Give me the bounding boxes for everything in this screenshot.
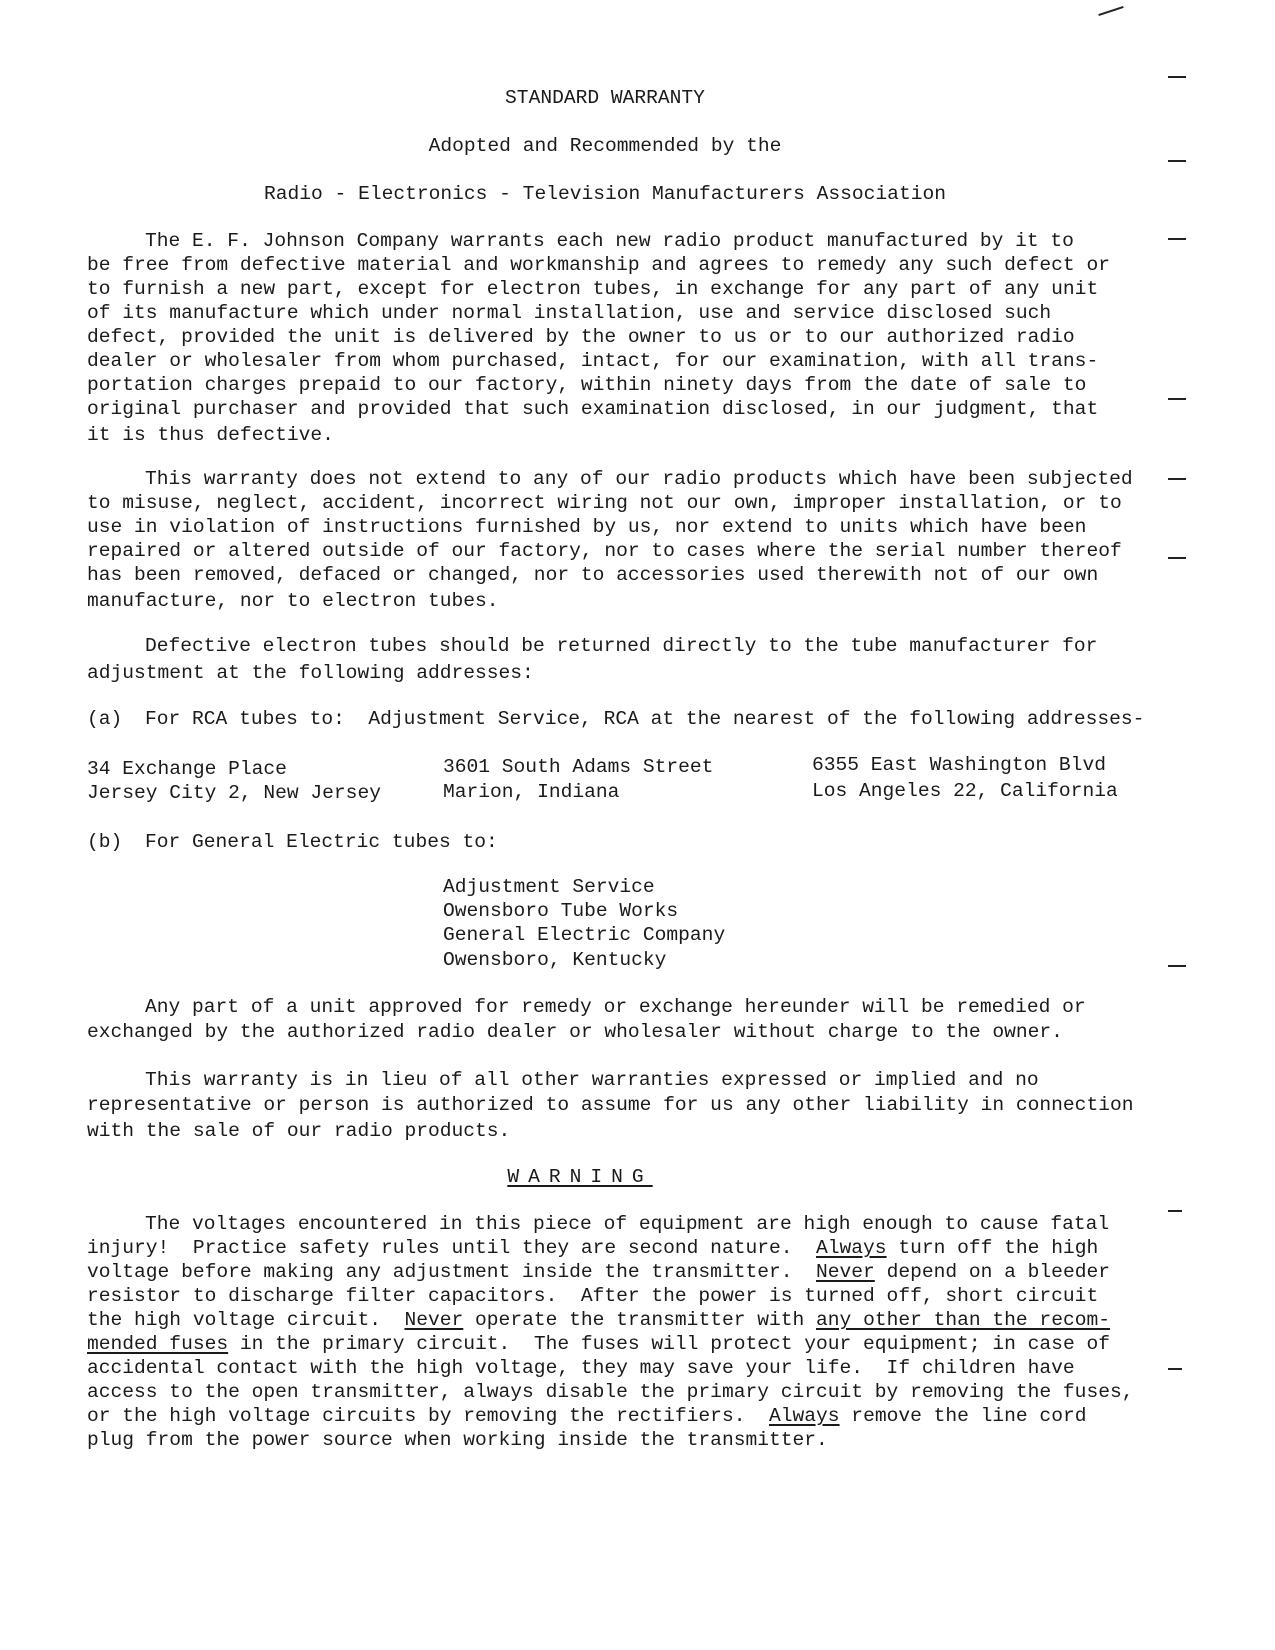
margin-mark — [1168, 160, 1186, 162]
paragraph-line: adjustment at the following addresses: — [87, 661, 534, 685]
ge-address-line: Adjustment Service — [443, 875, 655, 899]
document-subtitle: Adopted and Recommended by the — [0, 134, 1210, 158]
paragraph-line: defect, provided the unit is delivered b… — [87, 325, 1075, 349]
ge-address-line: Owensboro Tube Works — [443, 899, 678, 923]
warning-title: WARNING — [0, 1165, 1160, 1189]
emphasis-underline: Never — [816, 1261, 875, 1283]
document-title: STANDARD WARRANTY — [0, 86, 1210, 110]
rca-label: (a) — [87, 707, 122, 731]
paragraph-line: use in violation of instructions furnish… — [87, 515, 1086, 539]
rca-address-3-line2: Los Angeles 22, California — [812, 779, 1118, 803]
paragraph-line: it is thus defective. — [87, 423, 334, 447]
association-name: Radio - Electronics - Television Manufac… — [0, 182, 1210, 206]
warning-line: plug from the power source when working … — [87, 1428, 828, 1452]
rca-text: For RCA tubes to: Adjustment Service, RC… — [145, 707, 1144, 731]
paragraph-line: of its manufacture which under normal in… — [87, 301, 1051, 325]
margin-mark — [1168, 557, 1186, 559]
warning-line: or the high voltage circuits by removing… — [87, 1404, 1086, 1428]
warning-text: operate the transmitter with — [463, 1309, 816, 1331]
warning-text: the high voltage circuit. — [87, 1309, 404, 1331]
emphasis-underline: Always — [769, 1405, 840, 1427]
paragraph-line: representative or person is authorized t… — [87, 1093, 1133, 1117]
ge-label: (b) — [87, 830, 122, 854]
paragraph-line: Defective electron tubes should be retur… — [145, 634, 1097, 658]
rca-address-2-line2: Marion, Indiana — [443, 780, 619, 804]
ge-text: For General Electric tubes to: — [145, 830, 498, 854]
paragraph-line: dealer or wholesaler from whom purchased… — [87, 349, 1098, 373]
paragraph-line: Any part of a unit approved for remedy o… — [145, 995, 1086, 1019]
warning-text: plug from the power source when working … — [87, 1429, 828, 1451]
warning-text: or the high voltage circuits by removing… — [87, 1405, 769, 1427]
margin-mark — [1168, 76, 1186, 78]
paragraph-line: with the sale of our radio products. — [87, 1119, 510, 1143]
emphasis-underline: mended fuses — [87, 1333, 228, 1355]
margin-mark — [1168, 238, 1186, 240]
paragraph-line: exchanged by the authorized radio dealer… — [87, 1020, 1063, 1044]
paragraph-line: The E. F. Johnson Company warrants each … — [145, 229, 1074, 253]
margin-mark — [1168, 965, 1186, 967]
warning-line: access to the open transmitter, always d… — [87, 1380, 1133, 1404]
warning-line: resistor to discharge filter capacitors.… — [87, 1284, 1098, 1308]
margin-mark — [1098, 6, 1123, 16]
rca-address-1-line1: 34 Exchange Place — [87, 757, 287, 781]
warning-text: resistor to discharge filter capacitors.… — [87, 1285, 1098, 1307]
warning-text: voltage before making any adjustment ins… — [87, 1261, 816, 1283]
warning-text: remove the line cord — [840, 1405, 1087, 1427]
document-page: STANDARD WARRANTY Adopted and Recommende… — [0, 0, 1275, 1650]
warning-text: access to the open transmitter, always d… — [87, 1381, 1133, 1403]
warning-line: mended fuses in the primary circuit. The… — [87, 1332, 1110, 1356]
warning-text: The voltages encountered in this piece o… — [145, 1213, 1109, 1235]
paragraph-line: repaired or altered outside of our facto… — [87, 539, 1122, 563]
warning-line: The voltages encountered in this piece o… — [145, 1212, 1109, 1236]
ge-address-line: Owensboro, Kentucky — [443, 948, 666, 972]
warning-line: injury! Practice safety rules until they… — [87, 1236, 1098, 1260]
paragraph-line: be free from defective material and work… — [87, 253, 1110, 277]
margin-mark — [1168, 1368, 1182, 1370]
warning-text: in the primary circuit. The fuses will p… — [228, 1333, 1110, 1355]
paragraph-line: original purchaser and provided that suc… — [87, 397, 1098, 421]
margin-mark — [1168, 478, 1186, 480]
margin-mark — [1168, 398, 1186, 400]
emphasis-underline: Never — [404, 1309, 463, 1331]
warning-line: the high voltage circuit. Never operate … — [87, 1308, 1110, 1332]
warning-line: accidental contact with the high voltage… — [87, 1356, 1075, 1380]
warning-text: depend on a bleeder — [875, 1261, 1110, 1283]
paragraph-line: This warranty does not extend to any of … — [145, 467, 1133, 491]
margin-mark — [1168, 1210, 1182, 1212]
paragraph-line: has been removed, defaced or changed, no… — [87, 563, 1098, 587]
emphasis-underline: Always — [816, 1237, 887, 1259]
paragraph-line: manufacture, nor to electron tubes. — [87, 589, 499, 613]
rca-address-2-line1: 3601 South Adams Street — [443, 755, 713, 779]
paragraph-line: This warranty is in lieu of all other wa… — [145, 1068, 1039, 1092]
paragraph-line: to furnish a new part, except for electr… — [87, 277, 1098, 301]
rca-address-1-line2: Jersey City 2, New Jersey — [87, 781, 381, 805]
emphasis-underline: any other than the recom- — [816, 1309, 1110, 1331]
warning-text: turn off the high — [887, 1237, 1099, 1259]
paragraph-line: to misuse, neglect, accident, incorrect … — [87, 491, 1122, 515]
warning-text: injury! Practice safety rules until they… — [87, 1237, 816, 1259]
paragraph-line: portation charges prepaid to our factory… — [87, 373, 1086, 397]
warning-line: voltage before making any adjustment ins… — [87, 1260, 1110, 1284]
warning-text: accidental contact with the high voltage… — [87, 1357, 1075, 1379]
ge-address-line: General Electric Company — [443, 923, 725, 947]
rca-address-3-line1: 6355 East Washington Blvd — [812, 753, 1106, 777]
